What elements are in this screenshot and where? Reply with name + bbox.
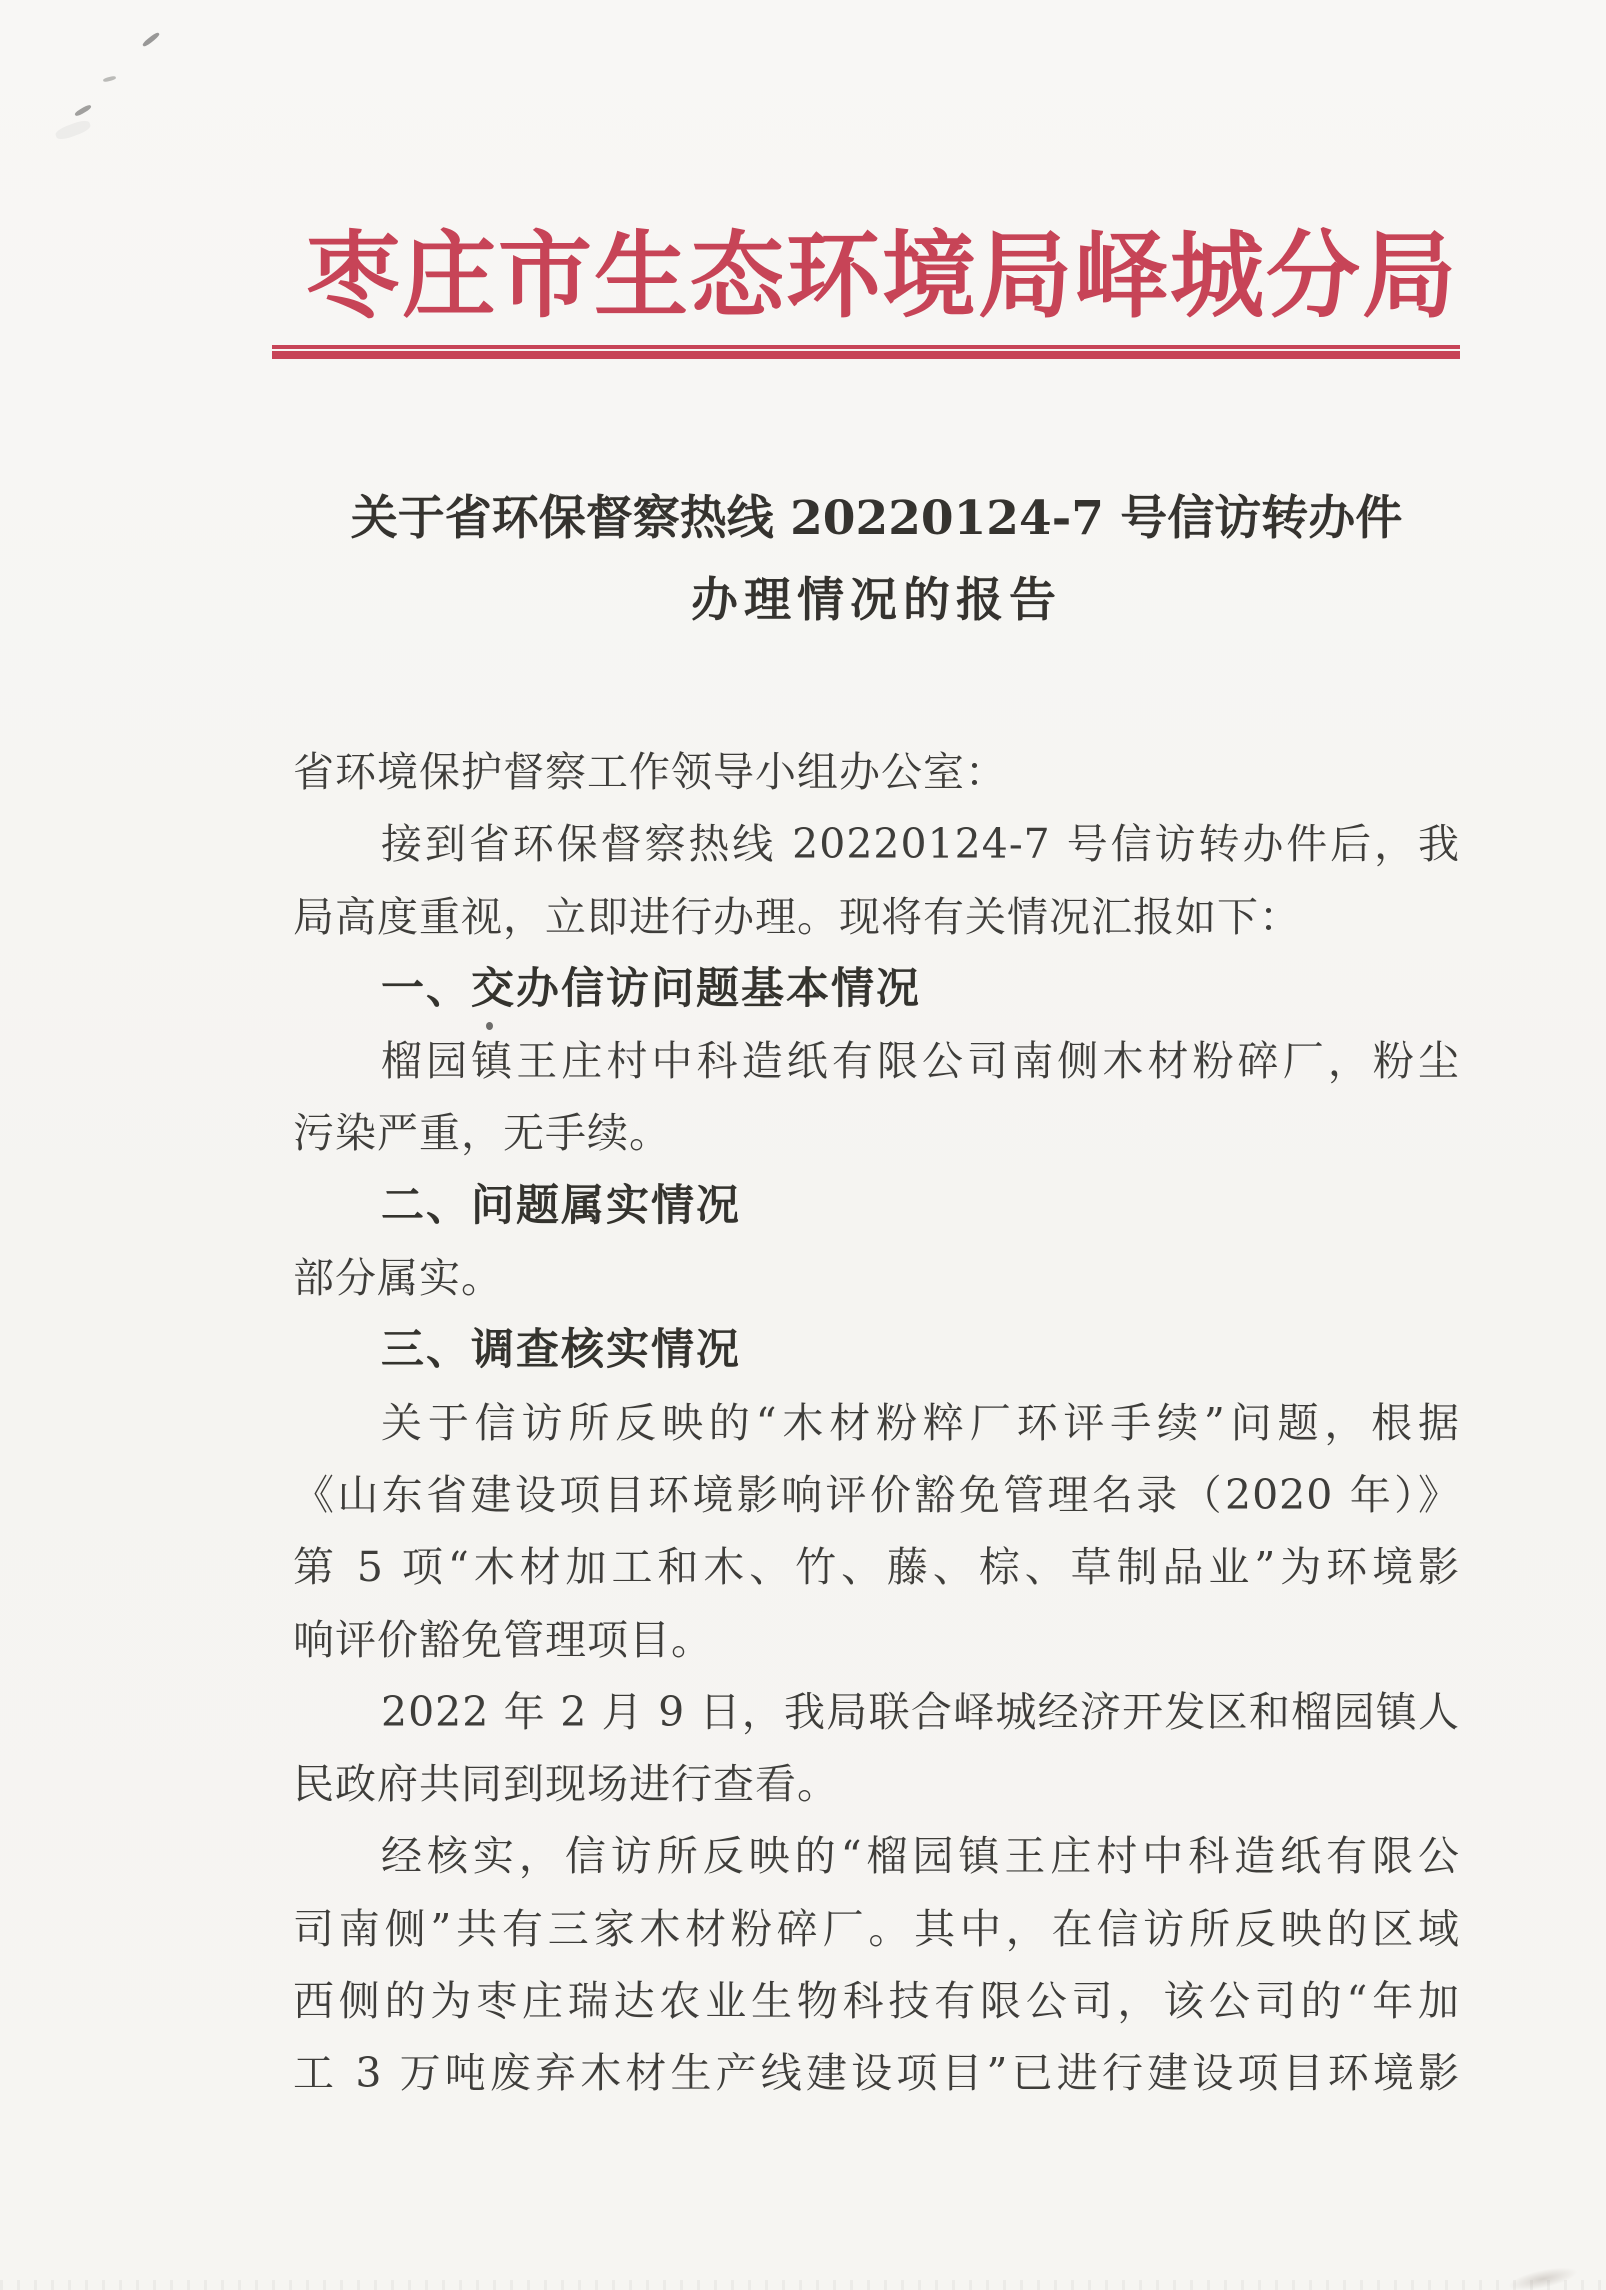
body-line: 省环境保护督察工作领导小组办公室： bbox=[293, 736, 1460, 808]
body-line: 接到省环保督察热线 20220124-7 号信访转办件后，我 bbox=[293, 808, 1460, 880]
scan-smudge-artifact bbox=[142, 31, 161, 47]
body-line: 工 3 万吨废弃木材生产线建设项目”已进行建设项目环境影 bbox=[293, 2037, 1460, 2109]
body-line: 司南侧”共有三家木材粉碎厂。其中，在信访所反映的区域 bbox=[293, 1893, 1460, 1965]
ink-dot-artifact bbox=[486, 1022, 493, 1030]
body-line: 部分属实。 bbox=[293, 1242, 1460, 1314]
scan-smudge-artifact bbox=[54, 118, 92, 142]
body-line: 《山东省建设项目环境影响评价豁免管理名录（2020 年）》 bbox=[293, 1459, 1460, 1531]
body-line: 2022 年 2 月 9 日，我局联合峄城经济开发区和榴园镇人 bbox=[293, 1676, 1460, 1748]
scan-smudge-artifact bbox=[74, 104, 92, 117]
body-line: 局高度重视，立即进行办理。现将有关情况汇报如下： bbox=[293, 881, 1460, 953]
masthead-divider-line bbox=[272, 345, 1460, 359]
body-line: 响评价豁免管理项目。 bbox=[293, 1604, 1460, 1676]
body-line: 民政府共同到现场进行查看。 bbox=[293, 1748, 1460, 1820]
body-line: 经核实，信访所反映的“榴园镇王庄村中科造纸有限公 bbox=[293, 1820, 1460, 1892]
body-line: 关于信访所反映的“木材粉粹厂环评手续”问题，根据 bbox=[293, 1387, 1460, 1459]
document-body: 省环境保护督察工作领导小组办公室：接到省环保督察热线 20220124-7 号信… bbox=[293, 736, 1460, 2110]
document-title: 关于省环保督察热线 20220124-7 号信访转办件 办理情况的报告 bbox=[293, 478, 1460, 642]
document-title-line2: 办理情况的报告 bbox=[293, 560, 1460, 642]
scanned-document-page: 枣庄市生态环境局峄城分局 关于省环保督察热线 20220124-7 号信访转办件… bbox=[0, 0, 1606, 2290]
body-line: 西侧的为枣庄瑞达农业生物科技有限公司，该公司的“年加 bbox=[293, 1965, 1460, 2037]
body-line: 榴园镇王庄村中科造纸有限公司南侧木材粉碎厂，粉尘 bbox=[293, 1025, 1460, 1097]
agency-masthead-title: 枣庄市生态环境局峄城分局 bbox=[300, 200, 1464, 335]
section-heading: 二、问题属实情况 bbox=[293, 1170, 1460, 1242]
body-line: 污染严重，无手续。 bbox=[293, 1097, 1460, 1169]
body-line: 第 5 项“木材加工和木、竹、藤、棕、草制品业”为环境影 bbox=[293, 1531, 1460, 1603]
section-heading: 三、调查核实情况 bbox=[293, 1314, 1460, 1386]
document-title-line1: 关于省环保督察热线 20220124-7 号信访转办件 bbox=[293, 478, 1460, 560]
section-heading: 一、交办信访问题基本情况 bbox=[293, 953, 1460, 1025]
scanner-edge-noise bbox=[0, 2280, 1606, 2290]
scan-smudge-artifact bbox=[103, 75, 117, 82]
